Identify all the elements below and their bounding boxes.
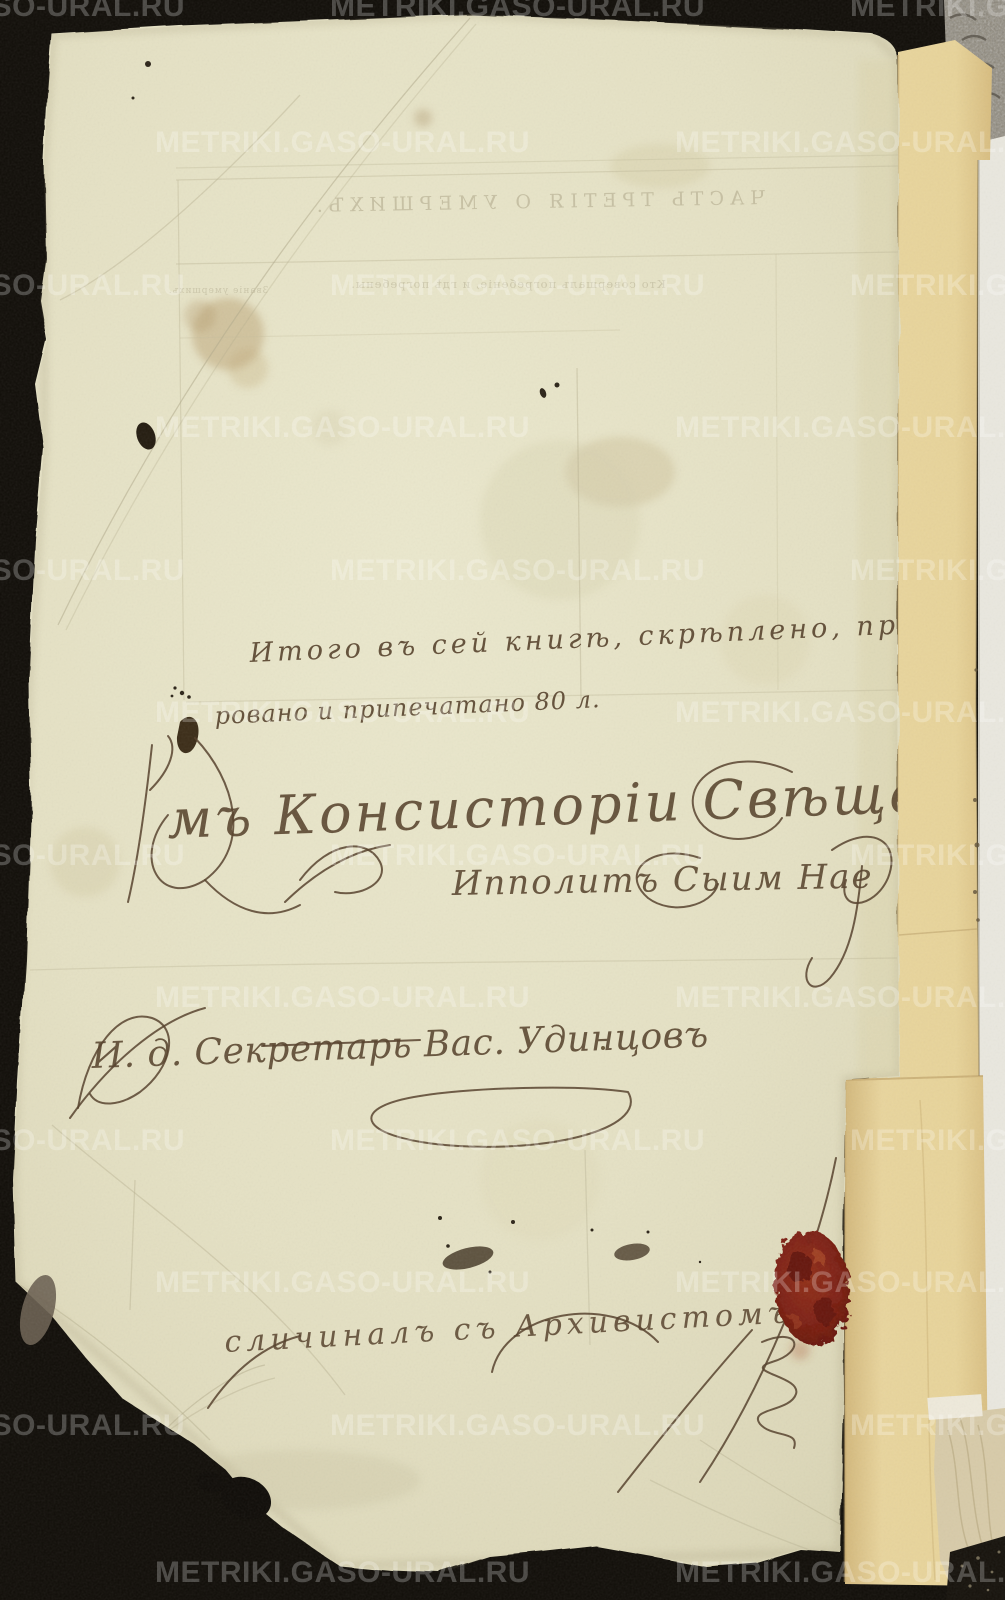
watermark-text: METRIKI.GASO-URAL.RU (330, 1409, 705, 1442)
watermark-text: METRIKI.GASO-URAL.RU (155, 1266, 530, 1299)
watermark-text: METRIKI.GASO-URAL.RU (330, 1124, 705, 1157)
watermark-text: METRIKI.GASO-URAL.RU (850, 839, 1005, 872)
watermark-text: METRIKI.GASO-URAL.RU (675, 126, 1005, 159)
watermark-text: METRIKI.GASO-URAL.RU (0, 554, 185, 587)
watermark-text: METRIKI.GASO-URAL.RU (675, 696, 1005, 729)
watermark-text: METRIKI.GASO-URAL.RU (850, 1124, 1005, 1157)
watermark-text: METRIKI.GASO-URAL.RU (0, 1409, 185, 1442)
watermark-text: METRIKI.GASO-URAL.RU (330, 839, 705, 872)
watermark-text: METRIKI.GASO-URAL.RU (155, 126, 530, 159)
watermark-text: METRIKI.GASO-URAL.RU (0, 1124, 185, 1157)
document-scan-viewport: ЧАСТЬ ТРЕТІЯ О УМЕРШИХЪ. Кто совершалъ п… (0, 0, 1005, 1600)
watermark-text: METRIKI.GASO-URAL.RU (155, 981, 530, 1014)
watermark-text: METRIKI.GASO-URAL.RU (675, 981, 1005, 1014)
watermark-text: METRIKI.GASO-URAL.RU (155, 1556, 530, 1589)
watermark-text: METRIKI.GASO-URAL.RU (675, 1556, 1005, 1589)
watermark-text: METRIKI.GASO-URAL.RU (0, 0, 185, 23)
watermark-text: METRIKI.GASO-URAL.RU (330, 269, 705, 302)
watermark-text: METRIKI.GASO-URAL.RU (330, 0, 705, 23)
watermark-text: METRIKI.GASO-URAL.RU (330, 554, 705, 587)
watermark-text: METRIKI.GASO-URAL.RU (850, 1409, 1005, 1442)
watermark-text: METRIKI.GASO-URAL.RU (850, 269, 1005, 302)
scan-grain-texture (0, 0, 1005, 1600)
watermark-text: METRIKI.GASO-URAL.RU (0, 839, 185, 872)
watermark-text: METRIKI.GASO-URAL.RU (155, 696, 530, 729)
watermark-text: METRIKI.GASO-URAL.RU (850, 0, 1005, 23)
watermark-text: METRIKI.GASO-URAL.RU (850, 554, 1005, 587)
watermark-text: METRIKI.GASO-URAL.RU (675, 411, 1005, 444)
watermark-text: METRIKI.GASO-URAL.RU (675, 1266, 1005, 1299)
watermark-text: METRIKI.GASO-URAL.RU (155, 411, 530, 444)
watermark-text: METRIKI.GASO-URAL.RU (0, 269, 185, 302)
archival-scan-image: ЧАСТЬ ТРЕТІЯ О УМЕРШИХЪ. Кто совершалъ п… (0, 0, 1005, 1600)
